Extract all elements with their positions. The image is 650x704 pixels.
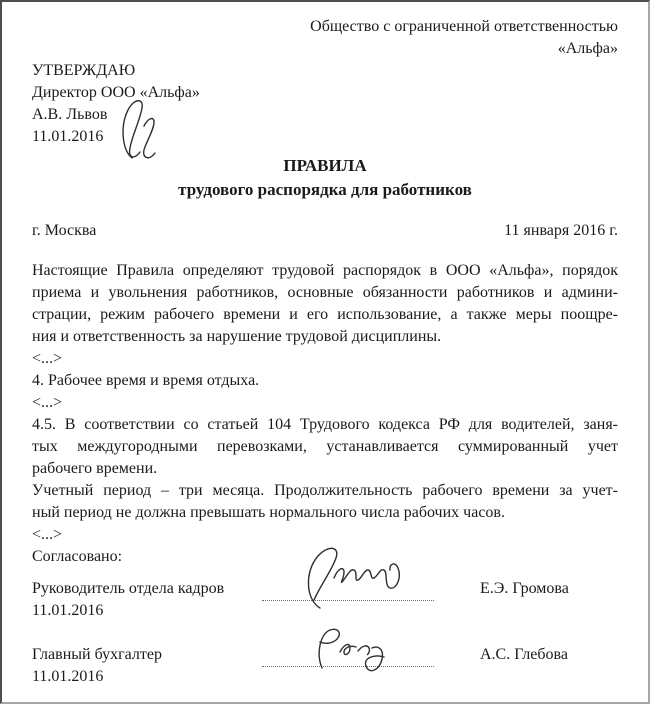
signature-line [262, 578, 434, 601]
chief-accountant-signature-scrawl [306, 624, 416, 680]
paragraph45-line: тых междугородными перевозками, устанавл… [32, 436, 618, 458]
signer-name: А.С. Глебова [480, 644, 568, 666]
omission-marker: <...> [32, 392, 618, 414]
org-name-line2: «Альфа» [32, 38, 618, 60]
paragraph1-line: страции, режим рабочего времени и его ис… [32, 304, 618, 326]
omission-marker: <...> [32, 348, 618, 370]
paragraph1-line: Настоящие Правила определяют трудовой ра… [32, 260, 618, 282]
signature-row-hr-manager: Руководитель отдела кадров 11.01.2016 Е.… [32, 578, 618, 622]
paragraph45-line: рабочего времени. [32, 458, 618, 480]
period-paragraph-line: Учетный период – три месяца. Продолжител… [32, 480, 618, 502]
director-signature-scrawl [118, 98, 166, 162]
approval-date-row: 11.01.2016 [32, 126, 618, 148]
document-page: Общество с ограниченной ответственностью… [0, 0, 650, 704]
signer-position: Руководитель отдела кадров [32, 578, 262, 600]
signature-row-chief-accountant: Главный бухгалтер 11.01.2016 А.С. Глебов… [32, 644, 618, 688]
paragraph45-line: 4.5. В соответствии со статьей 104 Трудо… [32, 414, 618, 436]
city: г. Москва [32, 220, 96, 242]
signer-date: 11.01.2016 [32, 600, 262, 622]
signature-line [262, 644, 434, 667]
paragraph1-line: ния и ответственность за нарушение трудо… [32, 326, 618, 348]
agreed-label: Согласовано: [32, 546, 618, 568]
document-date: 11 января 2016 г. [504, 220, 618, 242]
omission-marker: <...> [32, 524, 618, 546]
signer-position-block: Главный бухгалтер 11.01.2016 [32, 644, 262, 688]
org-name-block: Общество с ограниченной ответственностью… [32, 16, 618, 60]
approval-block: УТВЕРЖДАЮ Директор ООО «Альфа» А.В. Льво… [32, 60, 618, 148]
section4-heading: 4. Рабочее время и время отдыха. [32, 370, 618, 392]
title-line2: трудового распорядка для работников [32, 178, 618, 202]
signer-position-block: Руководитель отдела кадров 11.01.2016 [32, 578, 262, 622]
signer-name: Е.Э. Громова [480, 578, 569, 600]
document-body: Настоящие Правила определяют трудовой ра… [32, 260, 618, 568]
signer-date: 11.01.2016 [32, 666, 262, 688]
period-paragraph-line: ный период не должна превышать нормально… [32, 502, 618, 524]
signer-position: Главный бухгалтер [32, 644, 262, 666]
approval-label: УТВЕРЖДАЮ [32, 60, 618, 82]
place-date-row: г. Москва 11 января 2016 г. [32, 220, 618, 242]
approval-date: 11.01.2016 [32, 128, 103, 145]
org-name-line1: Общество с ограниченной ответственностью [32, 16, 618, 38]
paragraph1-line: приема и увольнения работников, основные… [32, 282, 618, 304]
